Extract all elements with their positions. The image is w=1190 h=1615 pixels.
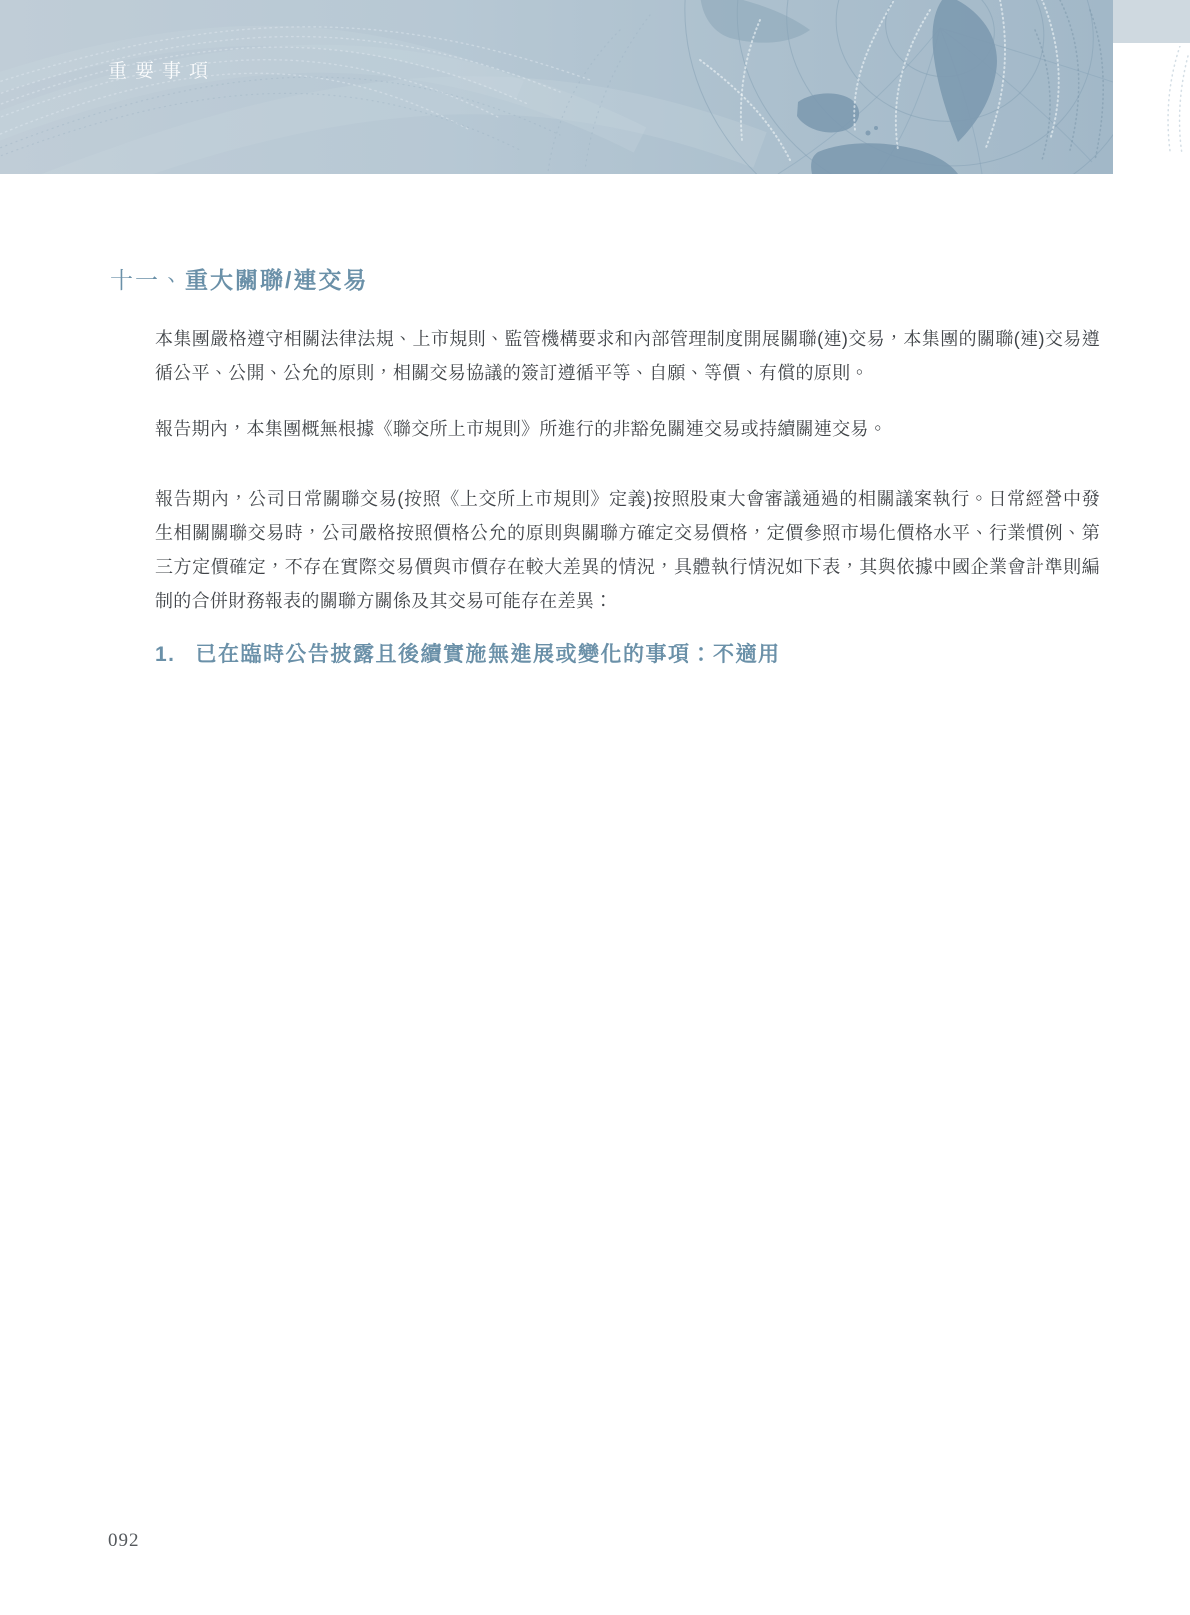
section-content: 十一、 重大關聯/連交易 本集團嚴格遵守相關法律法規、上市規則、監管機構要求和內…: [110, 264, 1100, 670]
paragraph-hkex-connected-transactions: 報告期內，本集團概無根據《聯交所上市規則》所進行的非豁免關連交易或持續關連交易。: [155, 412, 1100, 446]
item-text: 已在臨時公告披露且後續實施無進展或變化的事項：不適用: [196, 640, 781, 670]
corner-dust-art: [1130, 46, 1190, 156]
item-number: 1.: [155, 640, 176, 670]
paragraph-sse-daily-related-transactions: 報告期內，公司日常關聯交易(按照《上交所上市規則》定義)按照股東大會審議通過的相…: [155, 482, 1100, 618]
document-page: 重要事項 十一、 重大關聯/連交易 本集團嚴格遵守相關法律法規、上市規則、監管機…: [0, 0, 1190, 1615]
page-banner: 重要事項: [0, 0, 1113, 174]
section-heading: 十一、 重大關聯/連交易: [110, 264, 1100, 296]
page-number: 092: [108, 1528, 140, 1554]
world-map-art: [0, 0, 1113, 174]
numbered-item-heading: 1. 已在臨時公告披露且後續實施無進展或變化的事項：不適用: [155, 640, 1100, 670]
banner-title: 重要事項: [108, 58, 216, 86]
section-number: 十一、: [110, 264, 185, 296]
paragraph-related-transactions-principles: 本集團嚴格遵守相關法律法規、上市規則、監管機構要求和內部管理制度開展關聯(連)交…: [155, 322, 1100, 390]
section-title: 重大關聯/連交易: [185, 264, 368, 296]
banner-strip: [1113, 0, 1190, 43]
